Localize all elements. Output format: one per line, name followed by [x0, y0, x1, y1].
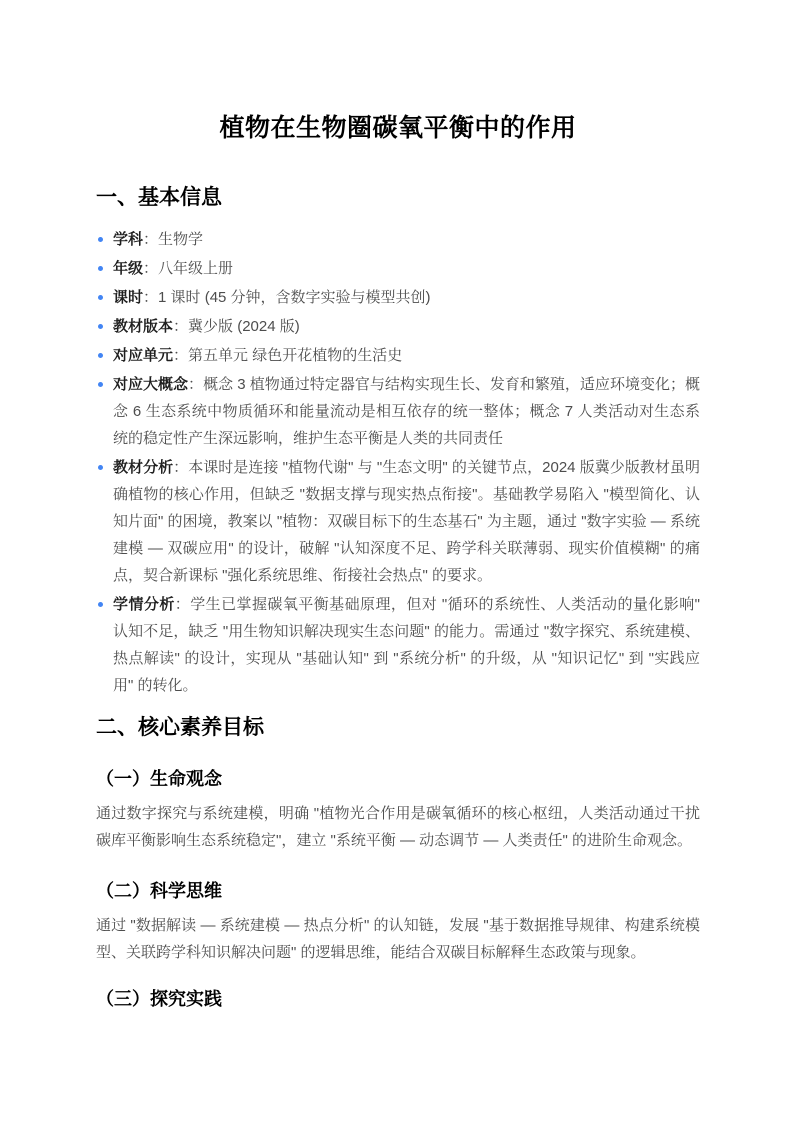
section-heading-basic-info: 一、基本信息 — [96, 183, 700, 213]
item-colon: ： — [143, 260, 158, 277]
document-content: 植物在生物圈碳氧平衡中的作用 一、基本信息 学科：生物学 年级：八年级上册 课时… — [0, 0, 794, 1013]
item-label: 年级 — [113, 260, 143, 277]
item-label: 对应大概念 — [113, 376, 188, 393]
item-label: 对应单元 — [113, 347, 173, 364]
bullet-icon — [98, 295, 103, 300]
item-colon: ： — [173, 318, 188, 335]
subsection-body-scientific-thinking: 通过 "数据解读 — 系统建模 — 热点分析" 的认知链，发展 "基于数据推导规… — [96, 912, 700, 966]
bullet-icon — [98, 266, 103, 271]
bullet-icon — [98, 324, 103, 329]
section-heading-core-literacy: 二、核心素养目标 — [96, 713, 700, 743]
bullet-icon — [98, 237, 103, 242]
item-value: 八年级上册 — [158, 260, 233, 277]
bullet-icon — [98, 382, 103, 387]
item-colon: ： — [143, 231, 158, 248]
item-label: 课时 — [113, 289, 143, 306]
list-item: 教材分析：本课时是连接 "植物代谢" 与 "生态文明" 的关键节点，2024 版… — [96, 454, 700, 589]
item-value: 学生已掌握碳氧平衡基础原理，但对 "循环的系统性、人类活动的量化影响" 认知不足… — [113, 596, 700, 694]
item-label: 教材分析 — [113, 459, 173, 476]
list-item: 学情分析：学生已掌握碳氧平衡基础原理，但对 "循环的系统性、人类活动的量化影响"… — [96, 591, 700, 699]
list-item: 对应大概念：概念 3 植物通过特定器官与结构实现生长、发育和繁殖，适应环境变化；… — [96, 371, 700, 452]
item-value: 1 课时 (45 分钟，含数字实验与模型共创) — [158, 289, 431, 306]
list-item: 年级：八年级上册 — [96, 255, 700, 282]
list-item: 教材版本：冀少版 (2024 版) — [96, 313, 700, 340]
bullet-icon — [98, 465, 103, 470]
item-colon: ： — [173, 459, 188, 476]
item-colon: ： — [175, 596, 190, 613]
item-value: 生物学 — [158, 231, 203, 248]
item-colon: ： — [188, 376, 203, 393]
bullet-icon — [98, 602, 103, 607]
subsection-heading-inquiry-practice: （三）探究实践 — [96, 986, 700, 1013]
list-item: 学科：生物学 — [96, 226, 700, 253]
item-label: 学情分析 — [113, 596, 175, 613]
item-label: 学科 — [113, 231, 143, 248]
item-label: 教材版本 — [113, 318, 173, 335]
document-page: 植物在生物圈碳氧平衡中的作用 一、基本信息 学科：生物学 年级：八年级上册 课时… — [0, 0, 794, 1123]
list-item: 课时：1 课时 (45 分钟，含数字实验与模型共创) — [96, 284, 700, 311]
document-title: 植物在生物圈碳氧平衡中的作用 — [96, 110, 700, 146]
item-colon: ： — [173, 347, 188, 364]
subsection-body-life-concept: 通过数字探究与系统建模，明确 "植物光合作用是碳氧循环的核心枢纽，人类活动通过干… — [96, 800, 700, 854]
item-value: 第五单元 绿色开花植物的生活史 — [188, 347, 402, 364]
subsection-heading-life-concept: （一）生命观念 — [96, 766, 700, 793]
item-colon: ： — [143, 289, 158, 306]
item-value: 本课时是连接 "植物代谢" 与 "生态文明" 的关键节点，2024 版冀少版教材… — [113, 459, 700, 584]
subsection-heading-scientific-thinking: （二）科学思维 — [96, 878, 700, 905]
item-value: 冀少版 (2024 版) — [188, 318, 300, 335]
list-item: 对应单元：第五单元 绿色开花植物的生活史 — [96, 342, 700, 369]
basic-info-list: 学科：生物学 年级：八年级上册 课时：1 课时 (45 分钟，含数字实验与模型共… — [96, 226, 700, 699]
bullet-icon — [98, 353, 103, 358]
